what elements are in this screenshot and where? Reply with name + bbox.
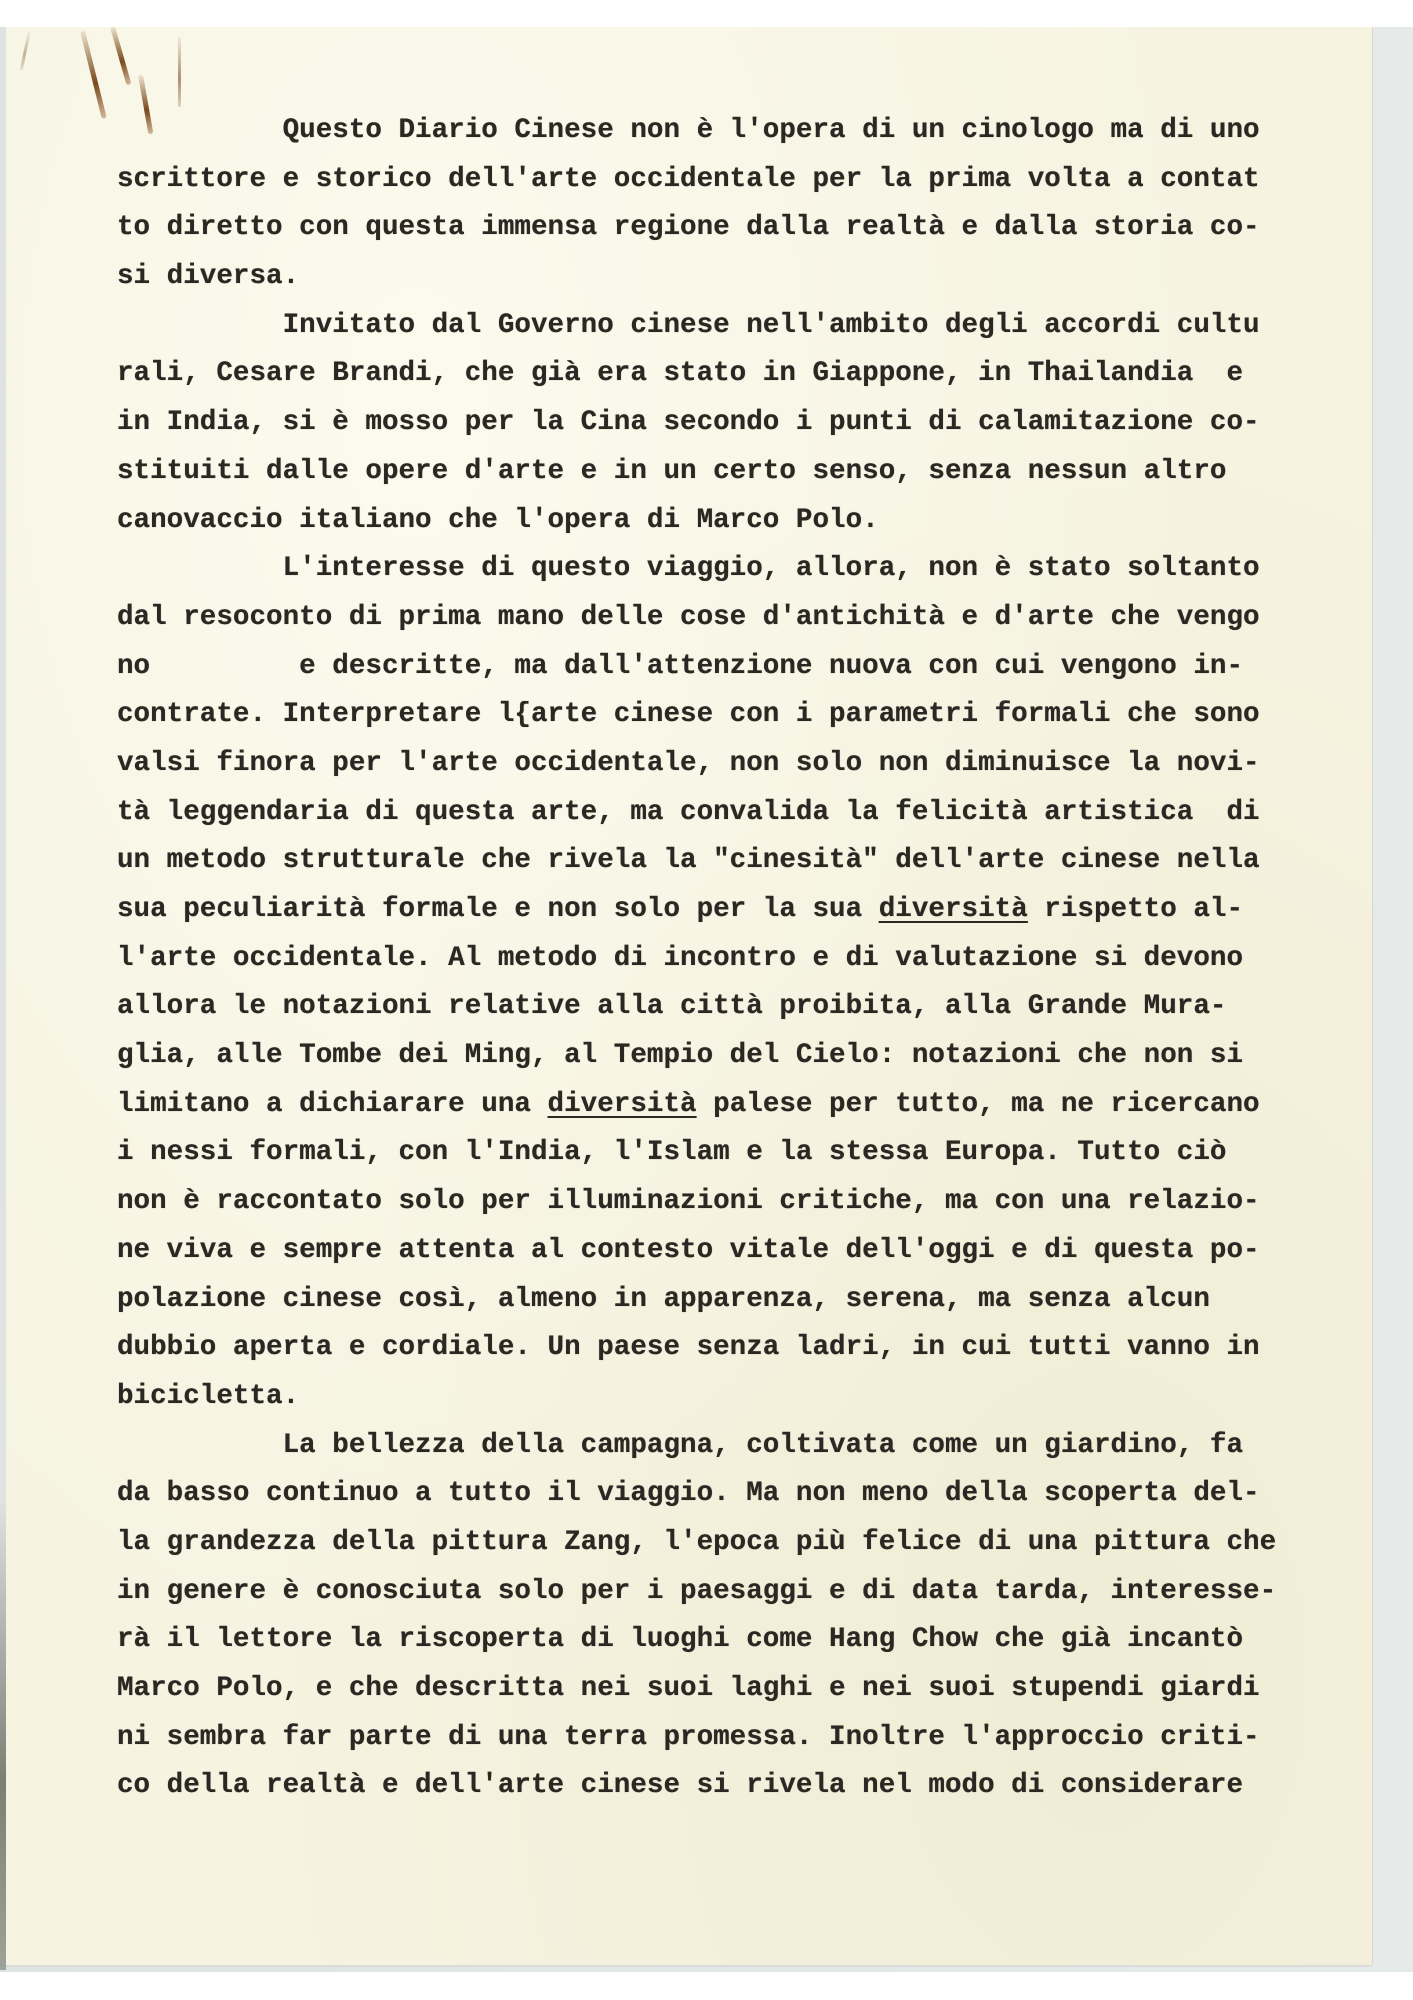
text-line: tà leggendaria di questa arte, ma conval… xyxy=(117,789,1317,838)
text-line: valsi finora per l'arte occidentale, non… xyxy=(117,740,1317,789)
text-line: non è raccontato solo per illuminazioni … xyxy=(117,1178,1317,1227)
text-line-with-underline: sua peculiarità formale e non solo per l… xyxy=(117,886,1317,935)
rust-stain-mark xyxy=(80,30,107,119)
text-line: l'arte occidentale. Al metodo di incontr… xyxy=(117,935,1317,984)
text-line: Invitato dal Governo cinese nell'ambito … xyxy=(117,302,1317,351)
paragraph: La bellezza della campagna, coltivata co… xyxy=(117,1422,1317,1812)
text-line: L'interesse di questo viaggio, allora, n… xyxy=(117,545,1317,594)
text-line: dal resoconto di prima mano delle cose d… xyxy=(117,594,1317,643)
text-line: to diretto con questa immensa regione da… xyxy=(117,204,1317,253)
text-line: ni sembra far parte di una terra promess… xyxy=(117,1714,1317,1763)
text-line: La bellezza della campagna, coltivata co… xyxy=(117,1422,1317,1471)
text-line: allora le notazioni relative alla città … xyxy=(117,983,1317,1032)
text-line: in India, si è mosso per la Cina secondo… xyxy=(117,399,1317,448)
text-line: si diversa. xyxy=(117,253,1317,302)
paragraph: Questo Diario Cinese non è l'opera di un… xyxy=(117,107,1317,302)
page-edge-shadow xyxy=(0,1500,6,1970)
text-line: no e descritte, ma dall'attenzione nuova… xyxy=(117,643,1317,692)
text-line: Questo Diario Cinese non è l'opera di un… xyxy=(117,107,1317,156)
underlined-word: diversità xyxy=(879,894,1028,925)
text-line: canovaccio italiano che l'opera di Marco… xyxy=(117,497,1317,546)
text-line: i nessi formali, con l'India, l'Islam e … xyxy=(117,1129,1317,1178)
text-line: la grandezza della pittura Zang, l'epoca… xyxy=(117,1519,1317,1568)
rust-stain-mark xyxy=(20,31,31,71)
text-line: co della realtà e dell'arte cinese si ri… xyxy=(117,1762,1317,1811)
text-line: glia, alle Tombe dei Ming, al Tempio del… xyxy=(117,1032,1317,1081)
rust-stain-mark xyxy=(110,26,131,85)
underlined-word: diversità xyxy=(548,1089,697,1120)
text-line: dubbio aperta e cordiale. Un paese senza… xyxy=(117,1324,1317,1373)
rust-stain-mark xyxy=(178,37,181,107)
text-line: contrate. Interpretare l{arte cinese con… xyxy=(117,691,1317,740)
text-line: bicicletta. xyxy=(117,1373,1317,1422)
text-line: ne viva e sempre attenta al contesto vit… xyxy=(117,1227,1317,1276)
document-body: Questo Diario Cinese non è l'opera di un… xyxy=(117,107,1317,1811)
text-line: un metodo strutturale che rivela la "cin… xyxy=(117,837,1317,886)
text-line: scrittore e storico dell'arte occidental… xyxy=(117,156,1317,205)
paragraph: L'interesse di questo viaggio, allora, n… xyxy=(117,545,1317,1421)
paragraph: Invitato dal Governo cinese nell'ambito … xyxy=(117,302,1317,545)
text-line-with-underline: limitano a dichiarare una diversità pale… xyxy=(117,1081,1317,1130)
text-line: in genere è conosciuta solo per i paesag… xyxy=(117,1568,1317,1617)
text-line: rali, Cesare Brandi, che già era stato i… xyxy=(117,350,1317,399)
text-line: polazione cinese così, almeno in apparen… xyxy=(117,1276,1317,1325)
text-line: da basso continuo a tutto il viaggio. Ma… xyxy=(117,1470,1317,1519)
text-line: stituiti dalle opere d'arte e in un cert… xyxy=(117,448,1317,497)
text-line: rà il lettore la riscoperta di luoghi co… xyxy=(117,1616,1317,1665)
text-line: Marco Polo, e che descritta nei suoi lag… xyxy=(117,1665,1317,1714)
